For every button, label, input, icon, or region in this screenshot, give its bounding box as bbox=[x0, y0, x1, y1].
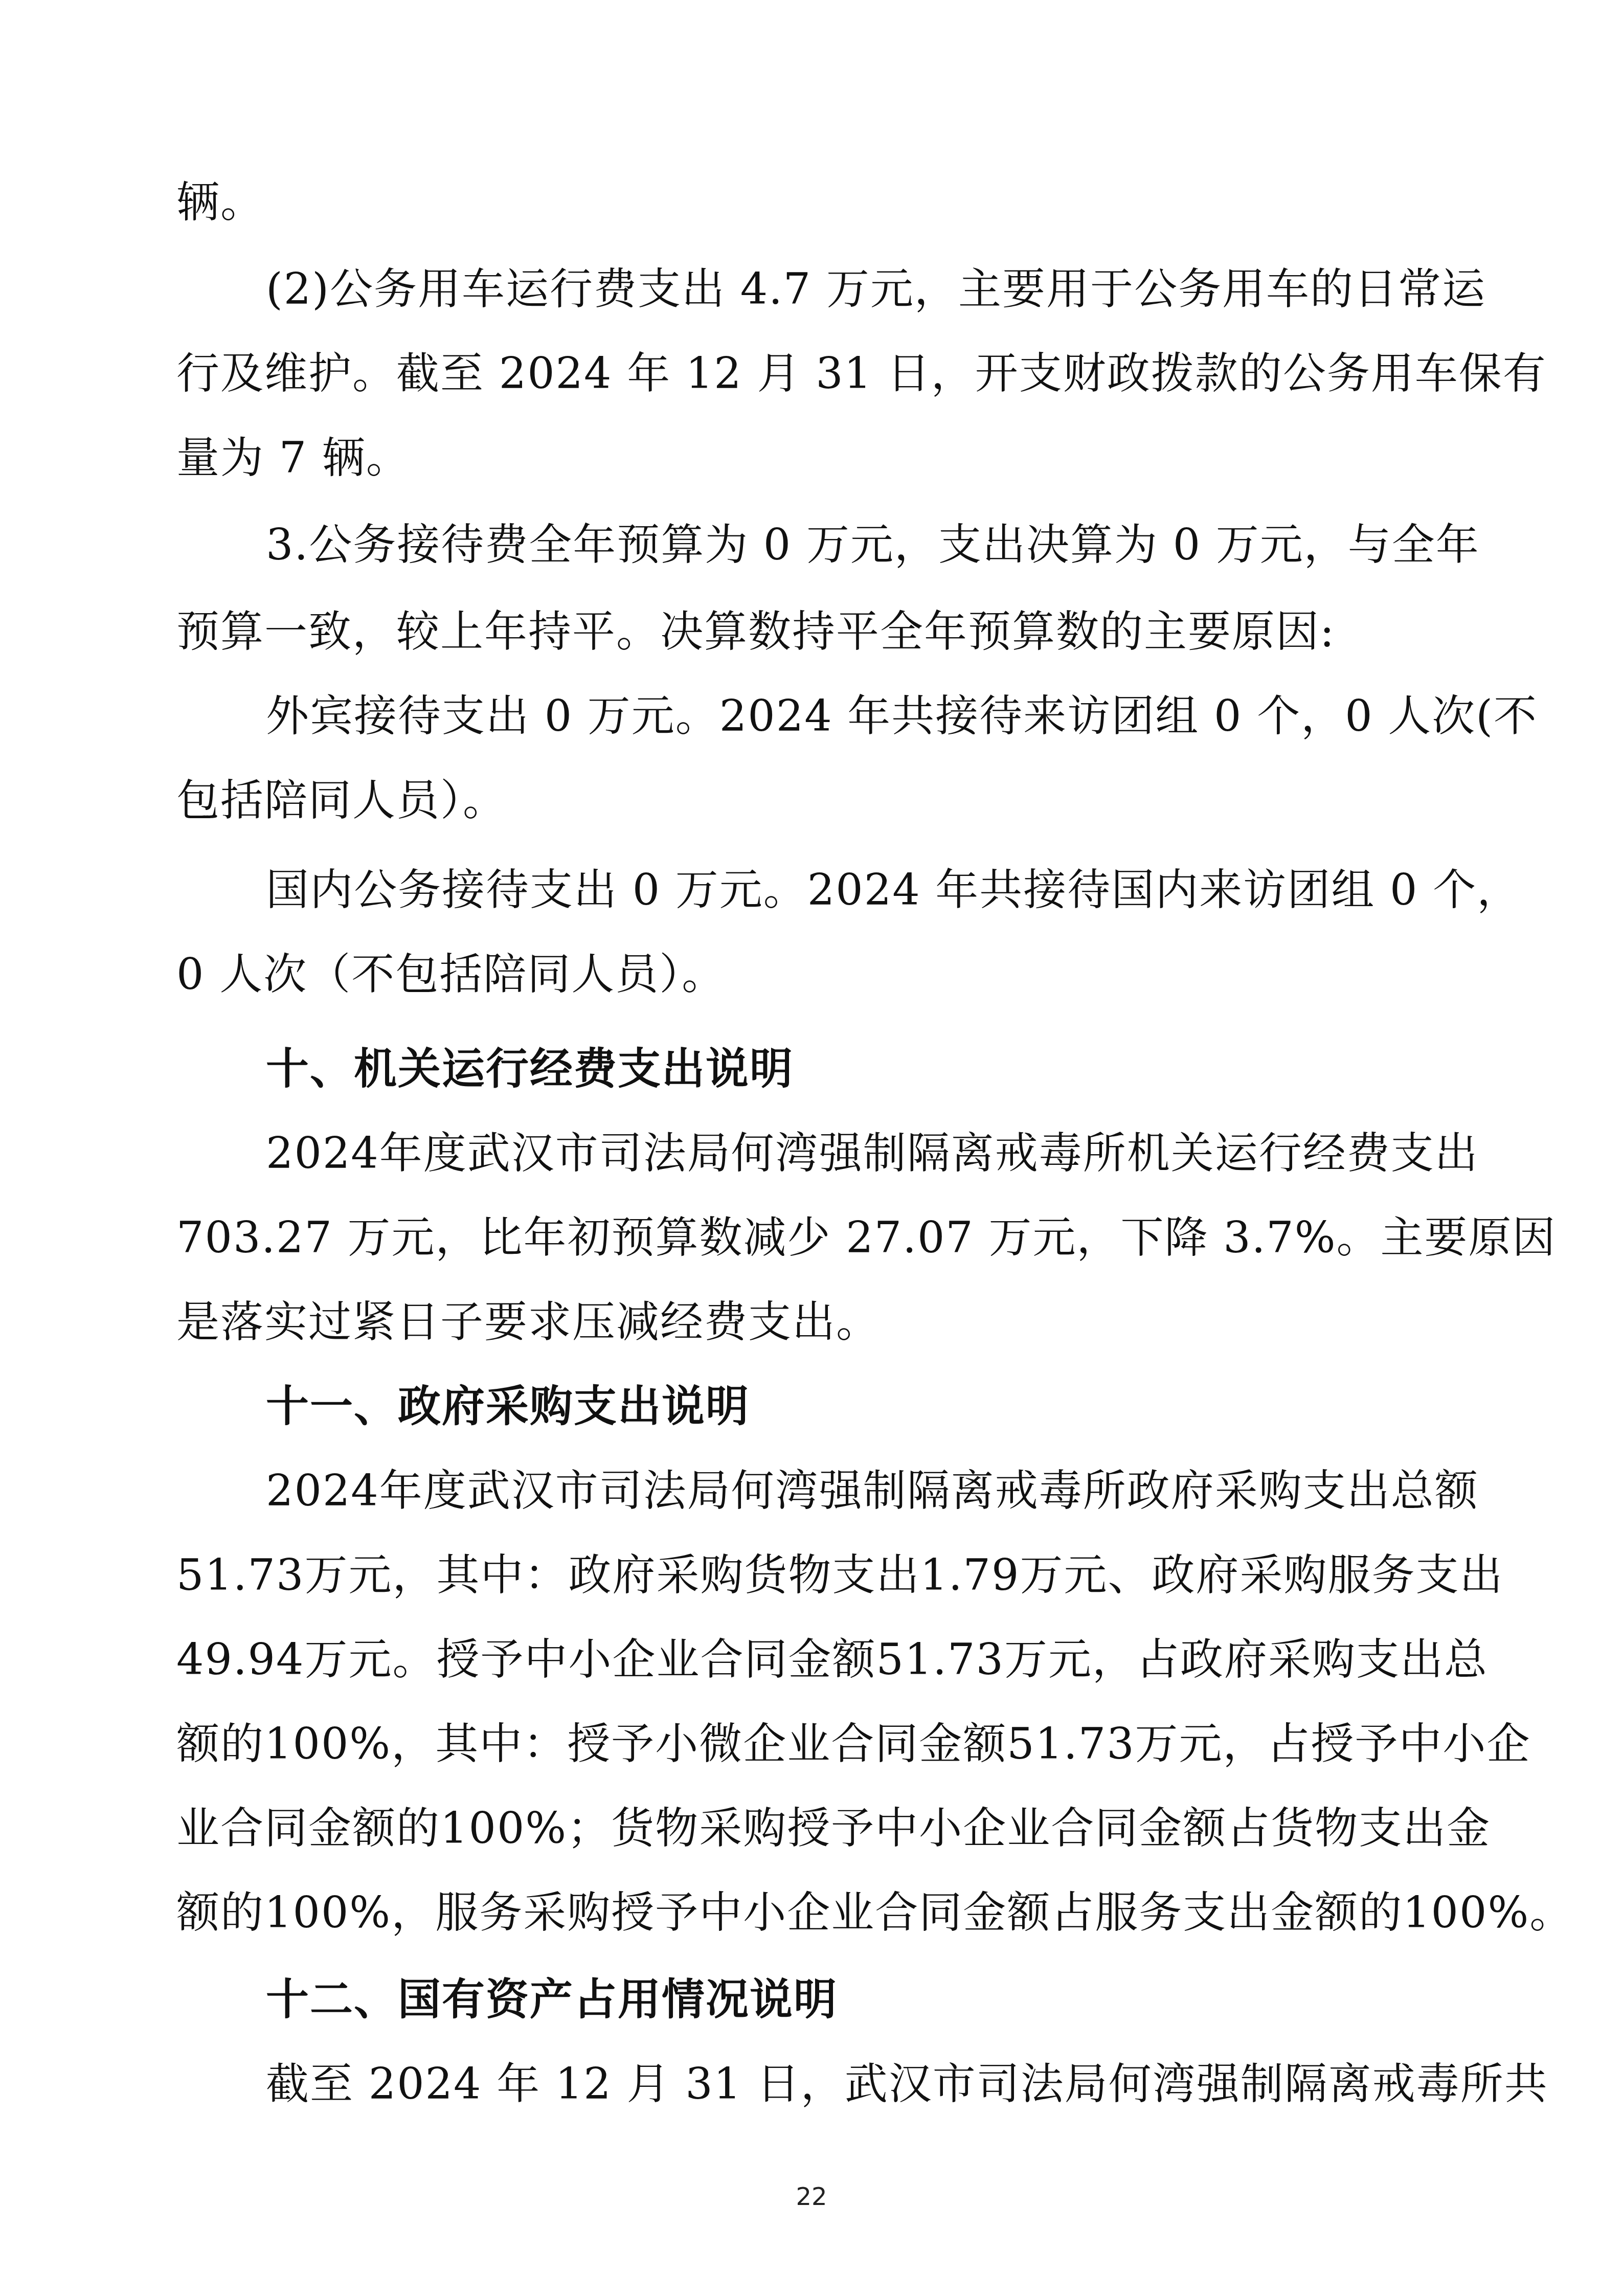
paragraph-line: 外宾接待支出 0 万元。2024 年共接待来访团组 0 个，0 人次(不 bbox=[266, 690, 1450, 741]
paragraph-line: 预算一致，较上年持平。决算数持平全年预算数的主要原因: bbox=[176, 606, 1450, 657]
paragraph-line: 是落实过紧日子要求压减经费支出。 bbox=[176, 1296, 1450, 1347]
paragraph-line: 国内公务接待支出 0 万元。2024 年共接待国内来访团组 0 个， bbox=[266, 864, 1450, 915]
paragraph-line: 2024年度武汉市司法局何湾强制隔离戒毒所机关运行经费支出 bbox=[266, 1128, 1450, 1179]
paragraph-line: 截至 2024 年 12 月 31 日，武汉市司法局何湾强制隔离戒毒所共 bbox=[266, 2058, 1450, 2109]
paragraph-line: 额的100%，服务采购授予中小企业合同金额占服务支出金额的100%。 bbox=[176, 1887, 1450, 1938]
paragraph-line: 703.27 万元，比年初预算数减少 27.07 万元，下降 3.7%。主要原因 bbox=[176, 1212, 1450, 1263]
paragraph-line: 辆。 bbox=[176, 176, 1450, 228]
paragraph-line: 0 人次（不包括陪同人员）。 bbox=[176, 949, 1450, 1000]
section-heading-10: 十、机关运行经费支出说明 bbox=[266, 1043, 1450, 1094]
paragraph-line: 49.94万元。授予中小企业合同金额51.73万元，占政府采购支出总 bbox=[176, 1634, 1450, 1685]
paragraph-line: 3.公务接待费全年预算为 0 万元，支出决算为 0 万元，与全年 bbox=[266, 519, 1450, 570]
paragraph-line: (2)公务用车运行费支出 4.7 万元，主要用于公务用车的日常运 bbox=[266, 263, 1450, 314]
paragraph-line: 行及维护。截至 2024 年 12 月 31 日，开支财政拨款的公务用车保有 bbox=[176, 348, 1450, 399]
document-page: 辆。 (2)公务用车运行费支出 4.7 万元，主要用于公务用车的日常运 行及维护… bbox=[0, 0, 1623, 2296]
section-heading-11: 十一、政府采购支出说明 bbox=[266, 1381, 1450, 1432]
paragraph-line: 量为 7 辆。 bbox=[176, 432, 1450, 483]
paragraph-line: 51.73万元，其中：政府采购货物支出1.79万元、政府采购服务支出 bbox=[176, 1549, 1450, 1601]
paragraph-line: 业合同金额的100%；货物采购授予中小企业合同金额占货物支出金 bbox=[176, 1803, 1450, 1854]
page-number: 22 bbox=[0, 2182, 1623, 2211]
paragraph-line: 2024年度武汉市司法局何湾强制隔离戒毒所政府采购支出总额 bbox=[266, 1465, 1450, 1516]
paragraph-line: 额的100%，其中：授予小微企业合同金额51.73万元，占授予中小企 bbox=[176, 1718, 1450, 1769]
paragraph-line: 包括陪同人员）。 bbox=[176, 775, 1450, 826]
section-heading-12: 十二、国有资产占用情况说明 bbox=[266, 1974, 1450, 2025]
